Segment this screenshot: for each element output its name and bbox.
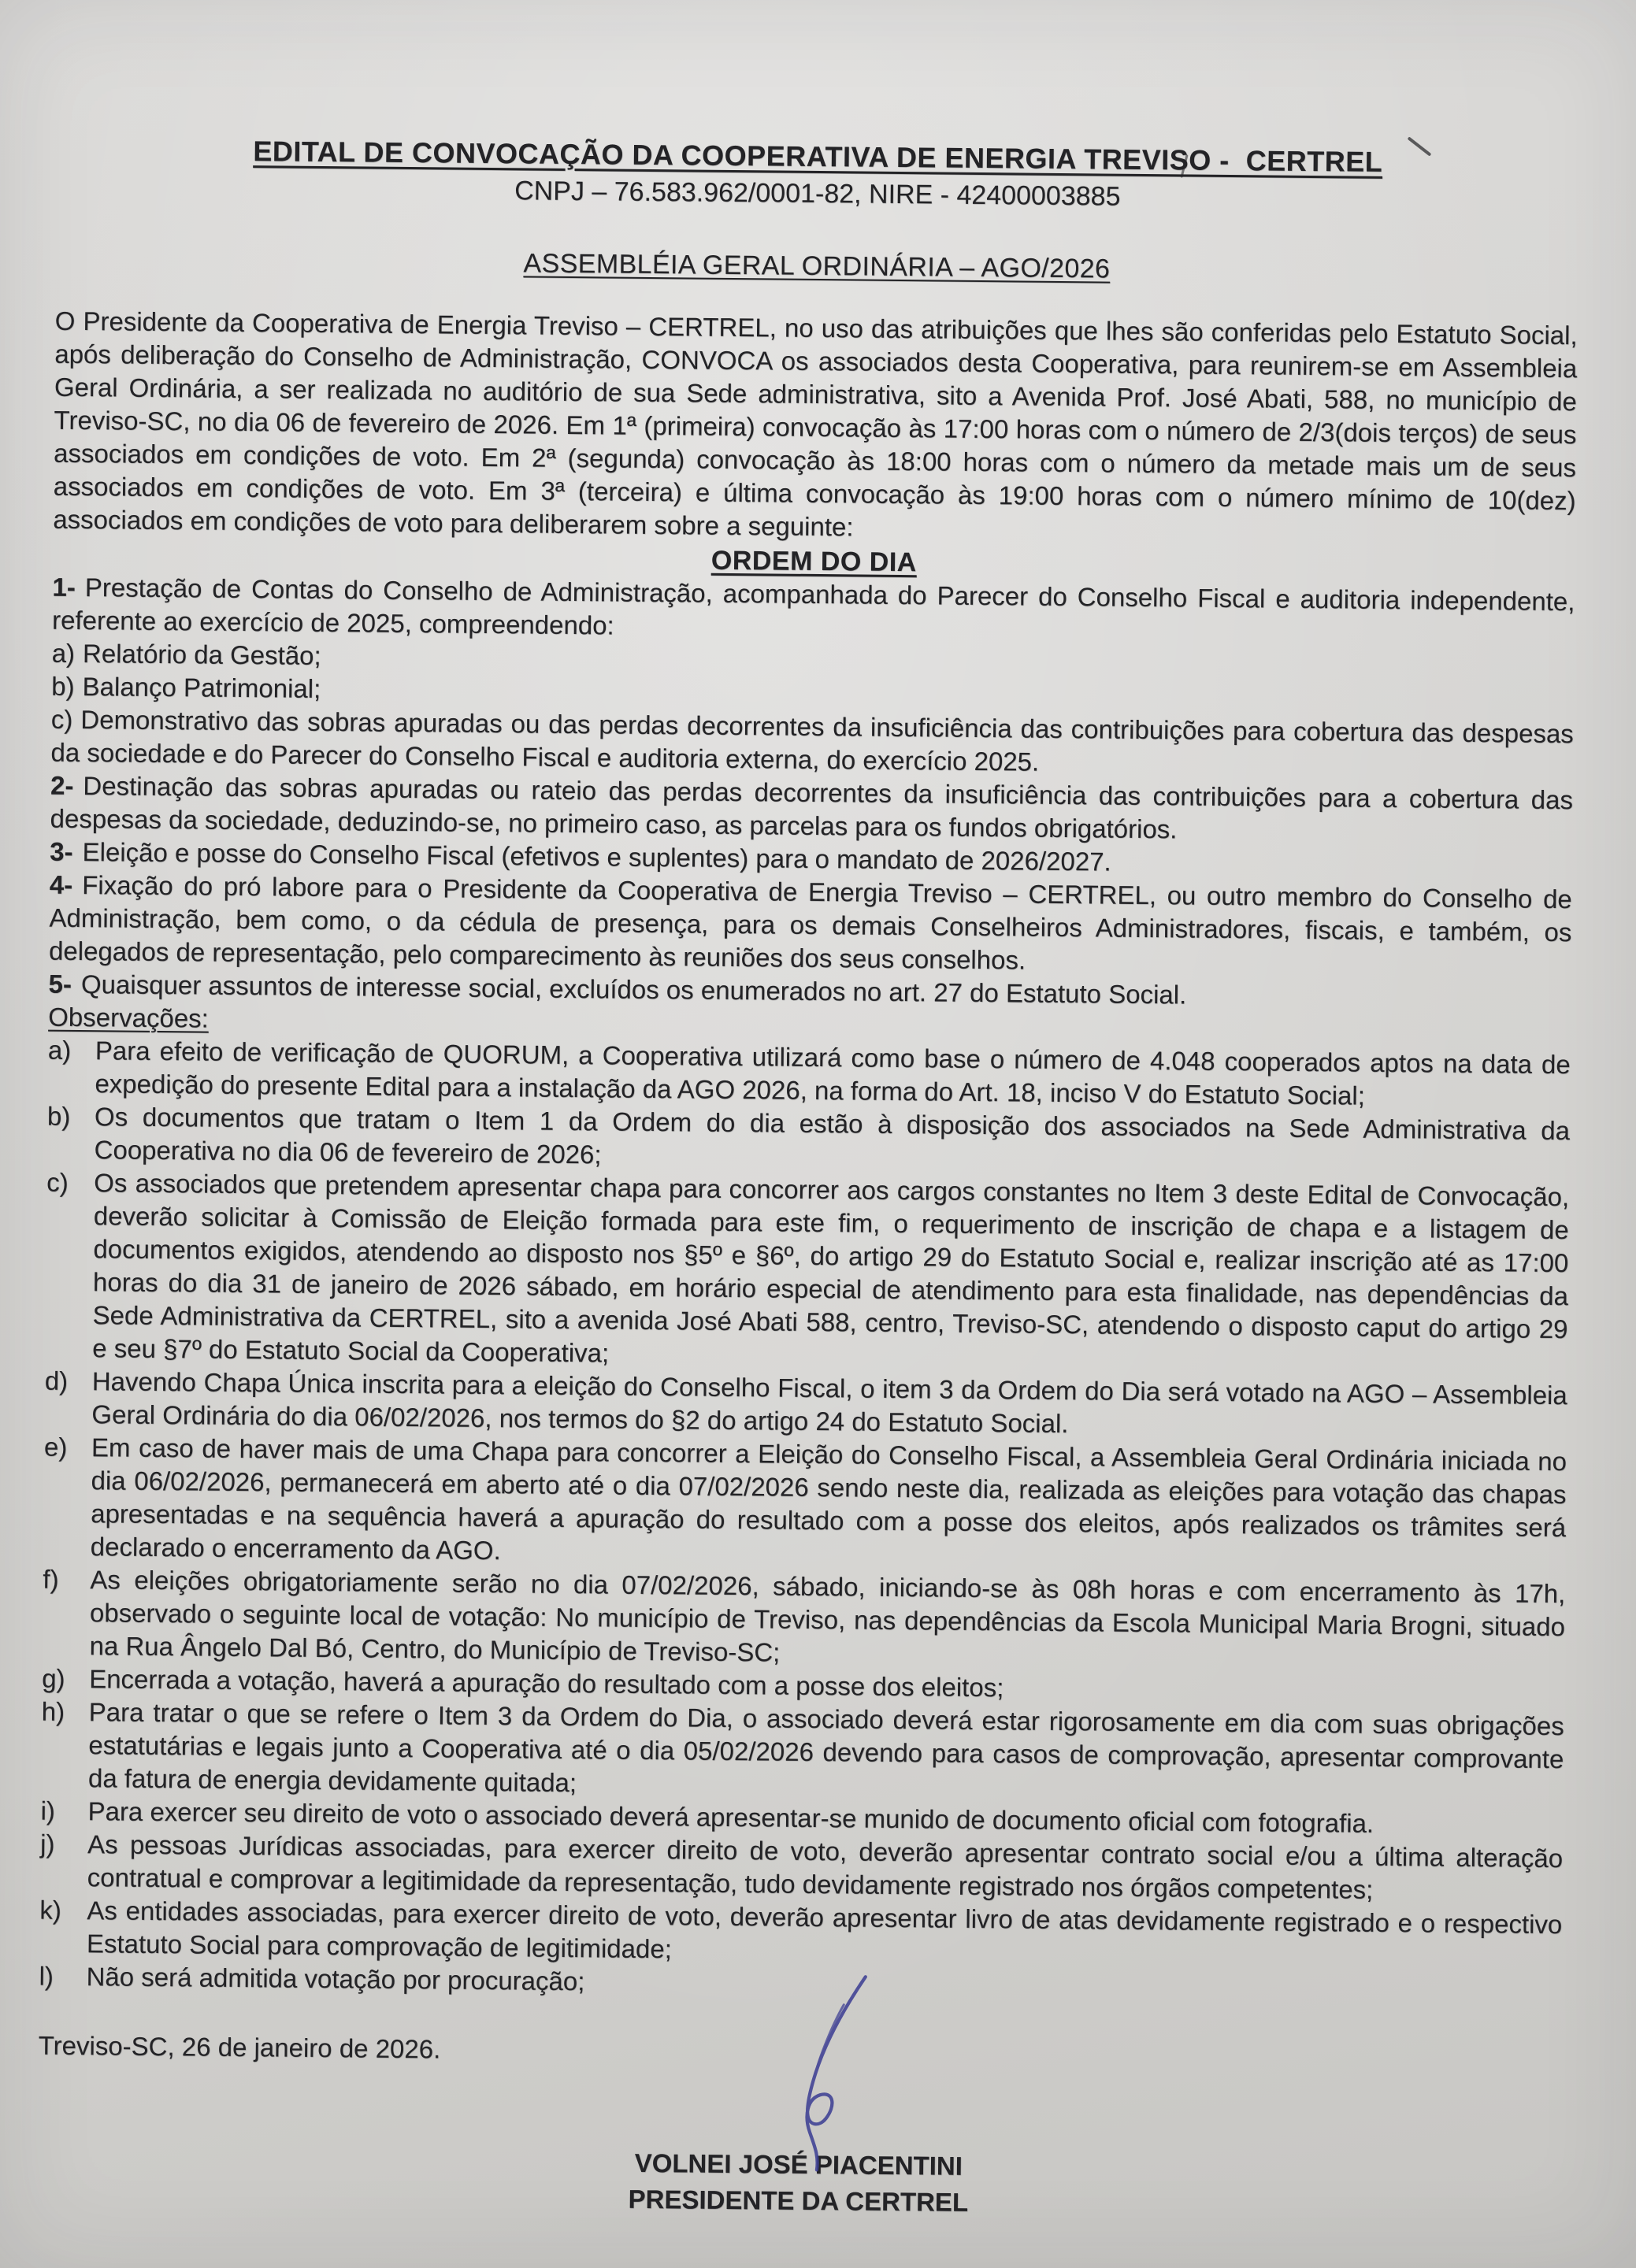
item-marker: 2-: [50, 771, 74, 800]
item-text: As pessoas Jurídicas associadas, para ex…: [87, 1829, 1564, 1904]
item-marker: c): [51, 705, 73, 734]
item-text: Balanço Patrimonial;: [82, 672, 321, 703]
item-marker: k): [39, 1894, 87, 1928]
assembly-title: ASSEMBLÉIA GERAL ORDINÁRIA – AGO/2026: [55, 242, 1578, 291]
item-text: Fixação do pró labore para o Presidente …: [49, 870, 1572, 975]
item-text: Em caso de haver mais de uma Chapa para …: [91, 1432, 1567, 1565]
item-text: Os associados que pretendem apresentar c…: [92, 1168, 1569, 1367]
item-marker: 4-: [50, 870, 73, 899]
item-text: As eleições obrigatoriamente serão no di…: [89, 1565, 1565, 1666]
observation-item-e: e)Em caso de haver mais de uma Chapa par…: [43, 1431, 1567, 1578]
item-marker: b): [47, 1100, 95, 1134]
observation-item-c: c)Os associados que pretendem apresentar…: [45, 1166, 1569, 1380]
item-marker: 5-: [48, 969, 72, 999]
item-marker: f): [43, 1563, 90, 1597]
item-text: Prestação de Contas do Conselho de Admin…: [52, 573, 1575, 639]
closing-block: Treviso-SC, 26 de janeiro de 2026. VOLNE…: [37, 2029, 1561, 2227]
item-text: Relatório da Gestão;: [83, 639, 321, 670]
item-text: Para efeito de verificação de QUORUM, a …: [95, 1036, 1571, 1110]
agenda-item-4: 4-Fixação do pró labore para o President…: [49, 869, 1572, 983]
item-text: Os documentos que tratam o Item 1 da Ord…: [94, 1102, 1570, 1169]
item-text: Para tratar o que se refere o Item 3 da …: [88, 1697, 1564, 1797]
item-marker: b): [51, 672, 75, 701]
item-marker: 1-: [52, 573, 76, 602]
observation-item-f: f)As eleições obrigatoriamente serão no …: [42, 1563, 1565, 1677]
item-marker: j): [40, 1828, 87, 1862]
item-marker: d): [45, 1365, 92, 1399]
item-marker: c): [46, 1166, 94, 1200]
item-marker: l): [39, 1960, 86, 1994]
intro-paragraph: O Presidente da Cooperativa de Energia T…: [53, 305, 1578, 551]
item-marker: a): [48, 1034, 95, 1068]
item-text: Destinação das sobras apuradas ou rateio…: [50, 771, 1573, 843]
signature-area: VOLNEI JOSÉ PIACENTINI PRESIDENTE DA CER…: [37, 2140, 1560, 2227]
document-content: EDITAL DE CONVOCAÇÃO DA COOPERATIVA DE E…: [37, 132, 1579, 2226]
item-marker: h): [42, 1695, 89, 1729]
item-text: Demonstrativo das sobras apuradas ou das…: [50, 705, 1574, 776]
item-marker: e): [44, 1431, 91, 1465]
item-marker: g): [42, 1662, 89, 1696]
item-marker: i): [40, 1795, 87, 1829]
item-text: Não será admitida votação por procuração…: [86, 1962, 584, 1996]
item-text: Havendo Chapa Única inscrita para a elei…: [91, 1366, 1567, 1438]
item-marker: a): [52, 639, 76, 668]
item-marker: 3-: [50, 837, 73, 866]
item-text: As entidades associadas, para exercer di…: [87, 1896, 1563, 1963]
signature-ink: [748, 1971, 884, 2174]
observation-item-h: h)Para tratar o que se refere o Item 3 d…: [41, 1695, 1564, 1810]
